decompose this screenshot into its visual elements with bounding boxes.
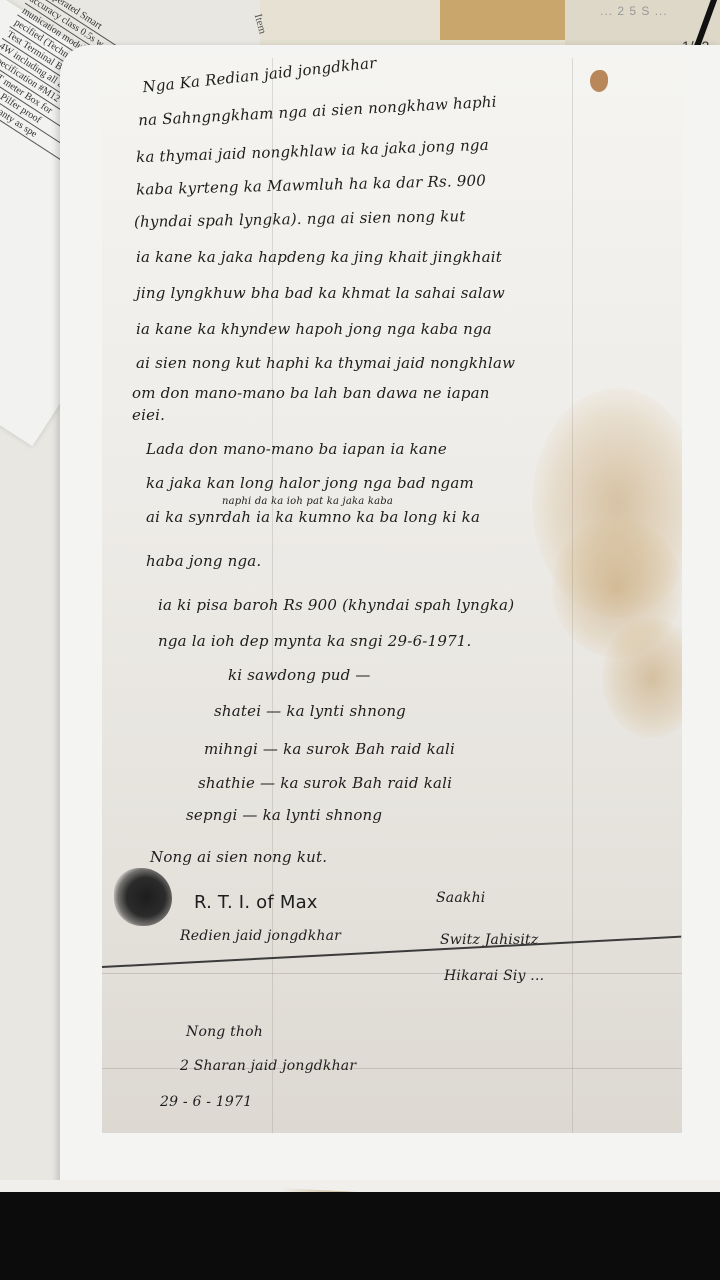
background-cardboard (440, 0, 570, 40)
writer-name: 2 Sharan jaid jongdkhar (180, 1058, 356, 1074)
boundary-west: sepngi — ka lynti shnong (186, 806, 382, 824)
witness-heading: Saakhi (436, 890, 485, 906)
seller-name: Redien jaid jongdkhar (180, 928, 341, 944)
body-line: ai ka synrdah ia ka kumno ka ba long ki … (146, 508, 480, 526)
payment-line: ia ki pisa baroh Rs 900 (khyndai spah ly… (158, 596, 514, 614)
body-line: kaba kyrteng ka Mawmluh ha ka dar Rs. 90… (136, 171, 486, 198)
body-line: na Sahngngkham nga ai sien nongkhaw haph… (138, 93, 497, 130)
body-line: haba jong nga. (146, 552, 261, 570)
body-line: ia kane ka khyndew hapoh jong nga kaba n… (136, 320, 492, 338)
receipt-line: nga la ioh dep mynta ka sngi 29-6-1971. (158, 632, 472, 650)
witness-signature: Hikarai Siy ... (444, 968, 544, 984)
body-line: om don mano-mano ba lah ban dawa ne iapa… (132, 384, 490, 402)
boundary-north: shatei — ka lynti shnong (214, 702, 406, 720)
boundary-south: shathie — ka surok Bah raid kali (198, 774, 452, 792)
body-line: ka jaka kan long halor jong nga bad ngam (146, 474, 474, 492)
insertion-note: naphi da ka ioh pat ka jaka kaba (222, 496, 393, 507)
fold-line (572, 58, 573, 1133)
body-line: ka thymai jaid nongkhlaw ia ka jaka jong… (136, 136, 489, 166)
sheet-edge (0, 1180, 720, 1192)
desk-surface (0, 1192, 720, 1280)
thumb-impression-label: R. T. I. of Max (194, 892, 318, 913)
body-line: ai sien nong kut haphi ka thymai jaid no… (136, 354, 515, 372)
salutation: Nga Ka Redian jaid jongdkhar (142, 58, 378, 96)
body-line: Lada don mano-mano ba iapan ia kane (146, 440, 447, 458)
writer-label: Nong thoh (186, 1024, 263, 1040)
corner-mark (590, 70, 608, 92)
closing-line: Nong ai sien nong kut. (150, 848, 327, 866)
background-envelope-text: ... 2 5 S ... (600, 4, 668, 18)
body-line: eiei. (132, 406, 165, 424)
body-line: jing lyngkhuw bha bad ka khmat la sahai … (136, 284, 505, 302)
body-line: ia kane ka jaka hapdeng ka jing khait ji… (136, 248, 502, 266)
boundaries-heading: ki sawdong pud — (228, 666, 371, 684)
letter-date: 29 - 6 - 1971 (160, 1094, 252, 1110)
thumb-impression (114, 868, 172, 926)
boundary-east: mihngi — ka surok Bah raid kali (204, 740, 455, 758)
handwritten-letter: Nga Ka Redian jaid jongdkhar na Sahngngk… (102, 58, 682, 1133)
fold-line (102, 973, 682, 974)
body-line: (hyndai spah lyngka). nga ai sien nong k… (134, 207, 466, 231)
